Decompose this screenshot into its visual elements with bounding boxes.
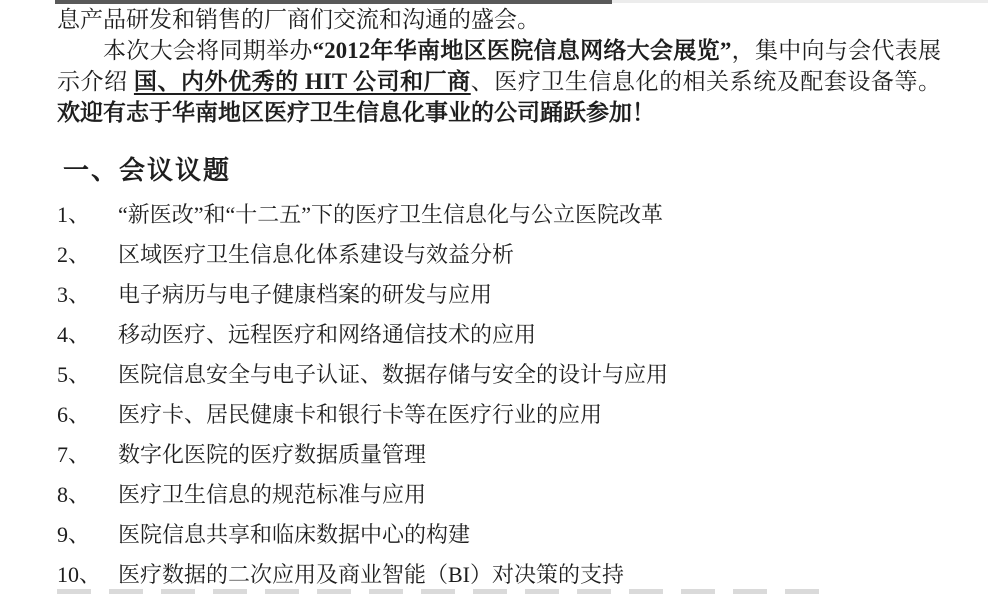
topic-text: 移动医疗、远程医疗和网络通信技术的应用 <box>118 321 941 348</box>
expo-title-bold-text: “2012年华南地区医院信息网络大会展览” <box>313 38 732 63</box>
topic-row: 2、 区域医疗卫生信息化体系建设与效益分析 <box>57 241 941 281</box>
topic-text: 医疗数据的二次应用及商业智能（BI）对决策的支持 <box>118 561 941 588</box>
announcement-lead-text: 本次大会将同期举办 <box>103 38 313 63</box>
document-page: 息产品研发和销售的厂商们交流和沟通的盛会。 本次大会将同期举办“2012年华南地… <box>0 0 994 604</box>
exhibitors-underlined-text: 国、内外优秀的 HIT 公司和厂商 <box>134 69 471 94</box>
topic-row: 10、 医疗数据的二次应用及商业智能（BI）对决策的支持 <box>57 561 941 601</box>
topic-row: 3、 电子病历与电子健康档案的研发与应用 <box>57 281 941 321</box>
topics-list: 1、 “新医改”和“十二五”下的医疗卫生信息化与公立医院改革 2、 区域医疗卫生… <box>57 201 941 601</box>
topic-number: 4、 <box>57 321 118 348</box>
topic-row: 9、 医院信息共享和临床数据中心的构建 <box>57 521 941 561</box>
section-heading: 一、会议议题 <box>63 155 941 187</box>
topic-text: 医疗卫生信息的规范标准与应用 <box>118 481 941 508</box>
welcome-bold-text: 欢迎有志于华南地区医疗卫生信息化事业的公司踊跃参加！ <box>57 100 655 125</box>
topic-row: 4、 移动医疗、远程医疗和网络通信技术的应用 <box>57 321 941 361</box>
topic-row: 5、 医院信息安全与电子认证、数据存储与安全的设计与应用 <box>57 361 941 401</box>
topic-number: 5、 <box>57 361 118 388</box>
topic-text: 电子病历与电子健康档案的研发与应用 <box>118 281 941 308</box>
topic-number: 1、 <box>57 201 118 228</box>
topic-row: 8、 医疗卫生信息的规范标准与应用 <box>57 481 941 521</box>
cutoff-next-line <box>57 589 835 594</box>
announcement-tail-text: 、医疗卫生信息化的相关系统及配套设备等。 <box>471 69 941 94</box>
topic-text: 数字化医院的医疗数据质量管理 <box>118 441 941 468</box>
topic-text: 医院信息安全与电子认证、数据存储与安全的设计与应用 <box>118 361 941 388</box>
topic-text: 区域医疗卫生信息化体系建设与效益分析 <box>118 241 941 268</box>
topic-row: 7、 数字化医院的医疗数据质量管理 <box>57 441 941 481</box>
topic-text: 医院信息共享和临床数据中心的构建 <box>118 521 941 548</box>
topic-number: 3、 <box>57 281 118 308</box>
topic-number: 9、 <box>57 521 118 548</box>
topic-number: 2、 <box>57 241 118 268</box>
topic-number: 10、 <box>57 561 118 588</box>
intro-paragraph-tail: 息产品研发和销售的厂商们交流和沟通的盛会。 <box>57 0 941 35</box>
topic-number: 6、 <box>57 401 118 428</box>
announcement-paragraph: 本次大会将同期举办“2012年华南地区医院信息网络大会展览”，集中向与会代表展示… <box>57 35 941 128</box>
topic-row: 1、 “新医改”和“十二五”下的医疗卫生信息化与公立医院改革 <box>57 201 941 241</box>
topic-number: 7、 <box>57 441 118 468</box>
topic-row: 6、 医疗卡、居民健康卡和银行卡等在医疗行业的应用 <box>57 401 941 441</box>
topic-number: 8、 <box>57 481 118 508</box>
document-body: 息产品研发和销售的厂商们交流和沟通的盛会。 本次大会将同期举办“2012年华南地… <box>57 0 941 601</box>
topic-text: 医疗卡、居民健康卡和银行卡等在医疗行业的应用 <box>118 401 941 428</box>
topic-text: “新医改”和“十二五”下的医疗卫生信息化与公立医院改革 <box>118 201 941 228</box>
